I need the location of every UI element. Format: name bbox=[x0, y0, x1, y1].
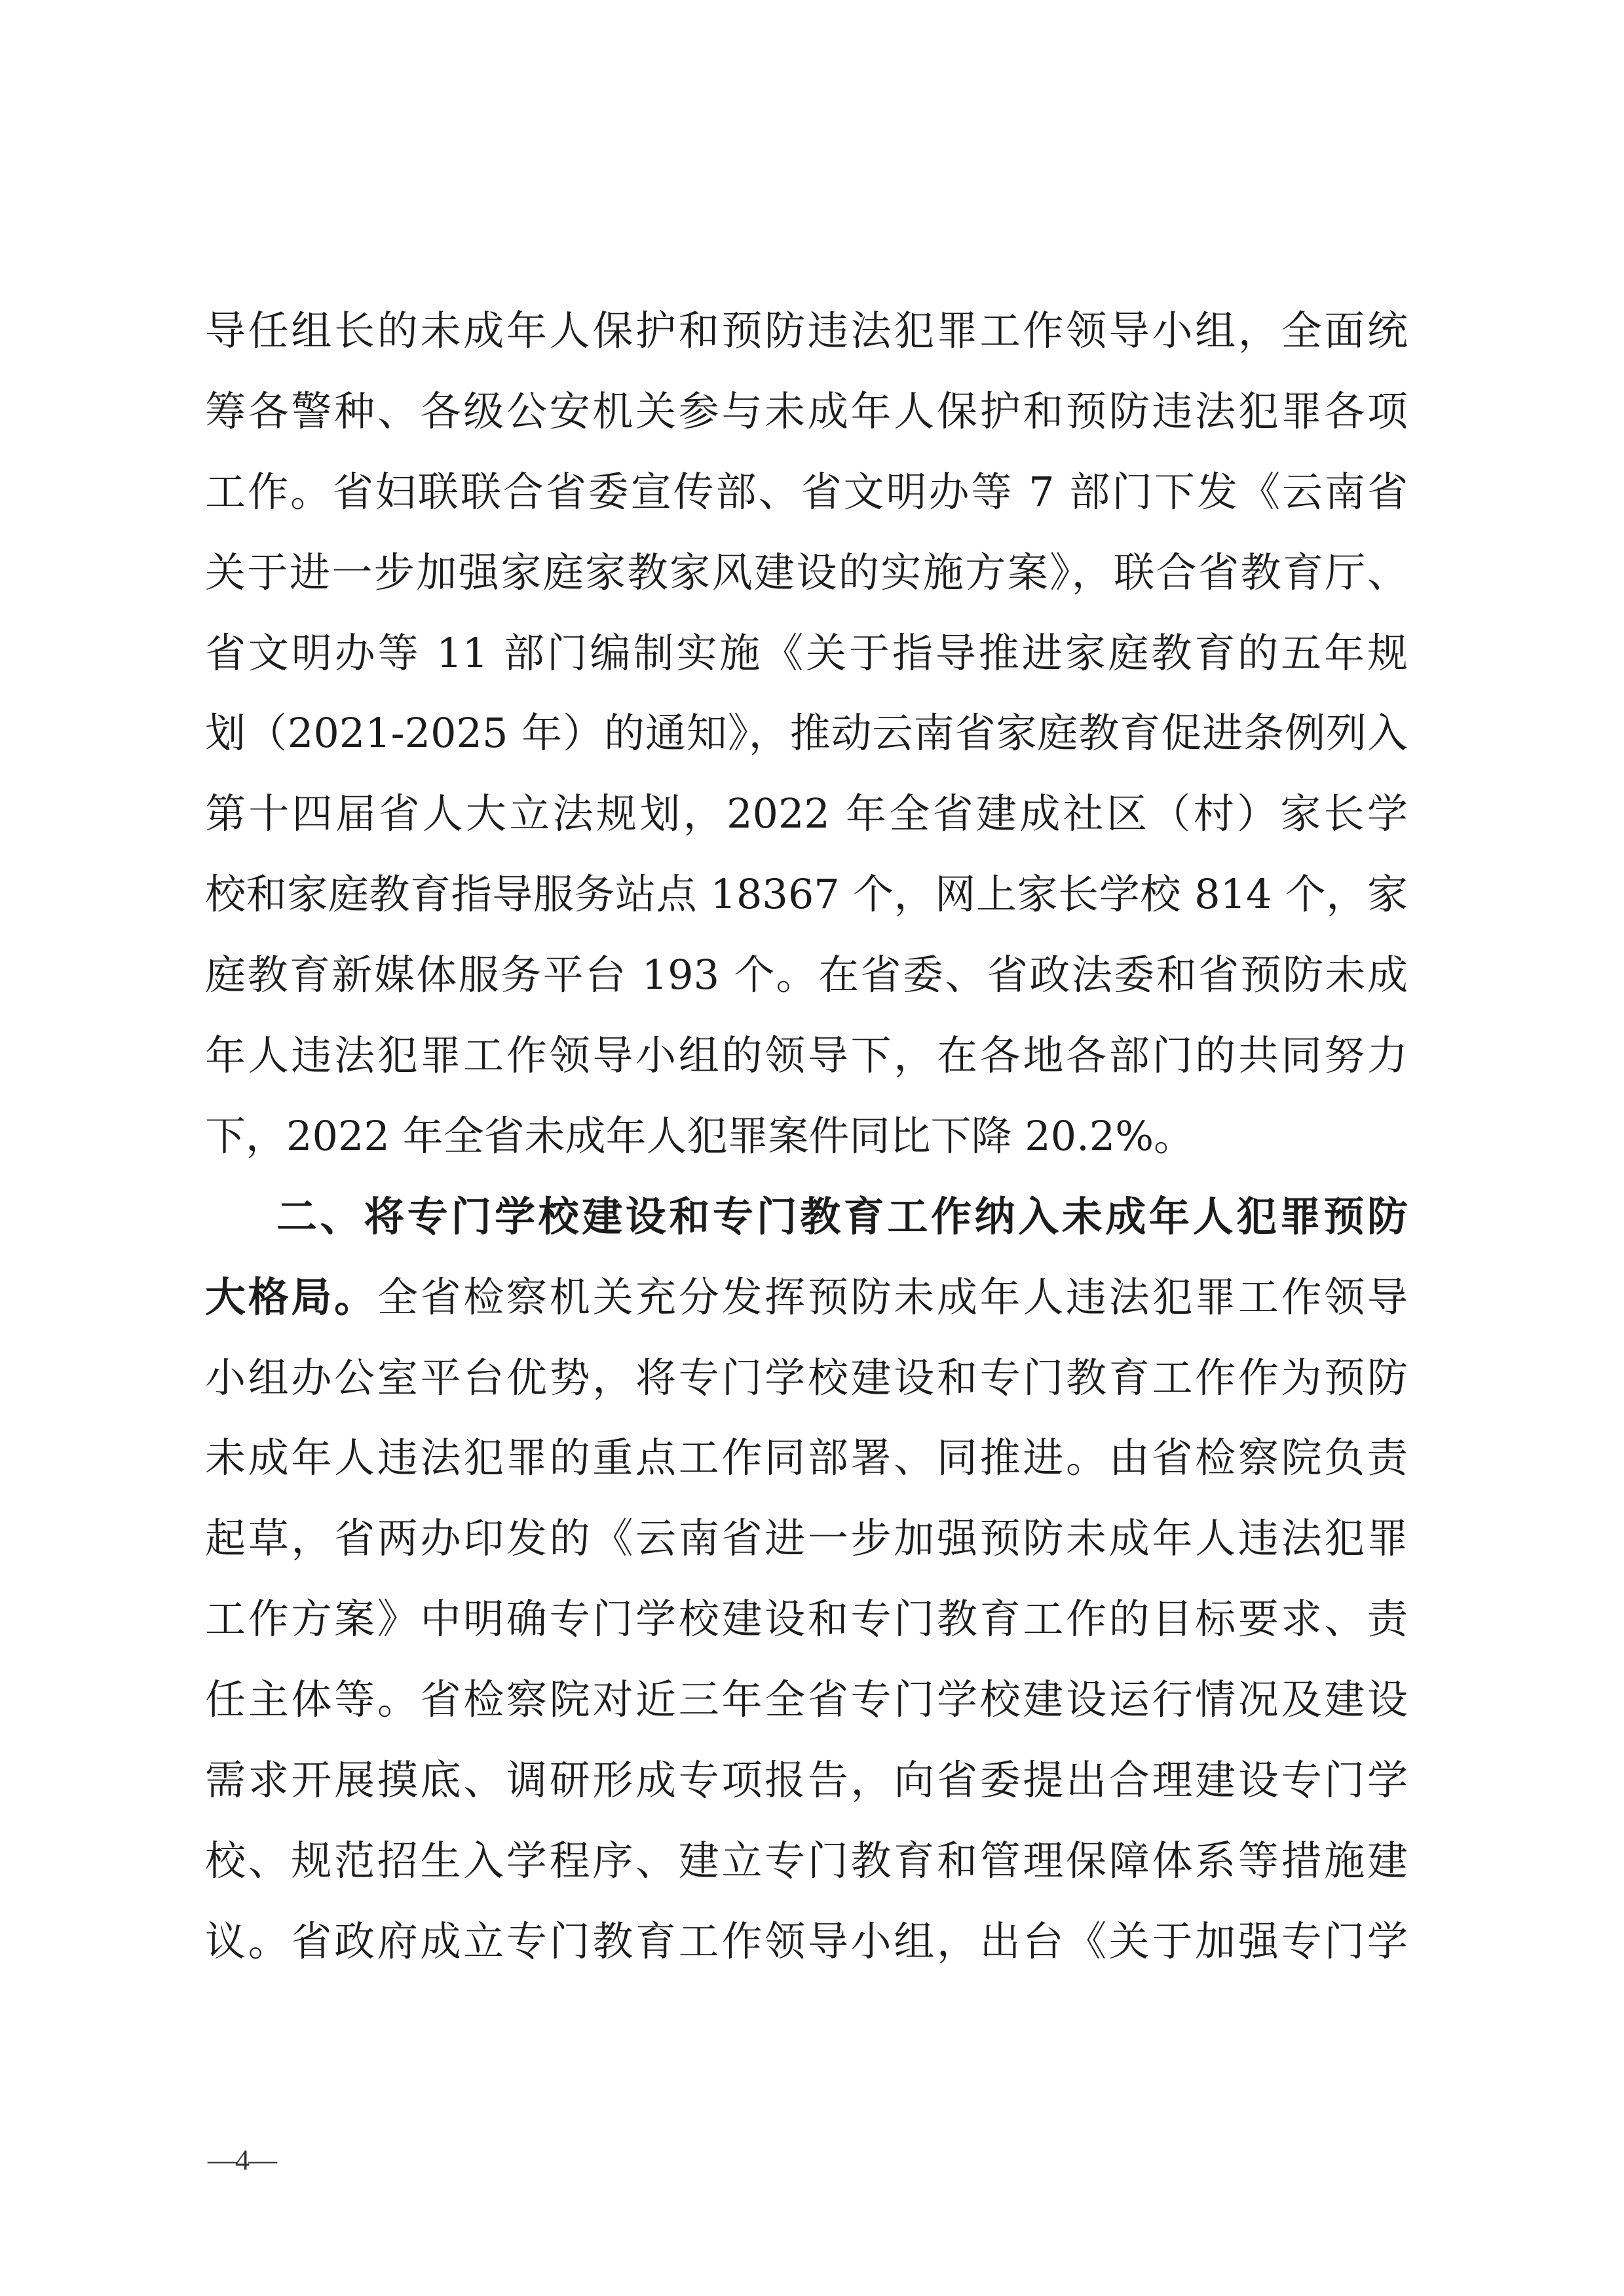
text-line: 议。省政府成立专门教育工作领导小组，出台《关于加强专门学 bbox=[205, 1902, 1408, 1982]
body-text: 导任组长的未成年人保护和预防违法犯罪工作领导小组，全面统 筹各警种、各级公安机关… bbox=[205, 291, 1408, 1982]
text-line: 年人违法犯罪工作领导小组的领导下，在各地各部门的共同努力 bbox=[205, 1016, 1408, 1096]
text-line: 校和家庭教育指导服务站点 18367 个，网上家长学校 814 个，家 bbox=[205, 854, 1408, 935]
text-line: 任主体等。省检察院对近三年全省专门学校建设运行情况及建设 bbox=[205, 1660, 1408, 1740]
text-line: 关于进一步加强家庭家教家风建设的实施方案》，联合省教育厅、 bbox=[205, 533, 1408, 613]
text-line: 需求开展摸底、调研形成专项报告，向省委提出合理建设专门学 bbox=[205, 1740, 1408, 1821]
text-line: 庭教育新媒体服务平台 193 个。在省委、省政法委和省预防未成 bbox=[205, 935, 1408, 1016]
text-line: 划（2021-2025 年）的通知》，推动云南省家庭教育促进条例列入 bbox=[205, 693, 1408, 774]
text-line-heading-continuation: 大格局。全省检察机关充分发挥预防未成年人违法犯罪工作领导 bbox=[205, 1257, 1408, 1338]
text-line: 小组办公室平台优势，将专门学校建设和专门教育工作作为预防 bbox=[205, 1338, 1408, 1419]
text-line: 省文明办等 11 部门编制实施《关于指导推进家庭教育的五年规 bbox=[205, 613, 1408, 694]
text-line: 导任组长的未成年人保护和预防违法犯罪工作领导小组，全面统 bbox=[205, 291, 1408, 372]
text-line: 起草，省两办印发的《云南省进一步加强预防未成年人违法犯罪 bbox=[205, 1499, 1408, 1579]
text-line: 筹各警种、各级公安机关参与未成年人保护和预防违法犯罪各项 bbox=[205, 372, 1408, 452]
text-line: 工作。省妇联联合省委宣传部、省文明办等 7 部门下发《云南省 bbox=[205, 452, 1408, 533]
section-body-start: 全省检察机关充分发挥预防未成年人违法犯罪工作领导 bbox=[377, 1273, 1408, 1321]
section-heading-tail: 大格局。 bbox=[205, 1273, 377, 1321]
page-number: —4— bbox=[208, 2144, 276, 2177]
text-line: 校、规范招生入学程序、建立专门教育和管理保障体系等措施建 bbox=[205, 1821, 1408, 1902]
document-page: 导任组长的未成年人保护和预防违法犯罪工作领导小组，全面统 筹各警种、各级公安机关… bbox=[0, 0, 1624, 2296]
paragraph-special-schools: 二、将专门学校建设和专门教育工作纳入未成年人犯罪预防 大格局。全省检察机关充分发… bbox=[205, 1177, 1408, 1982]
section-heading: 二、将专门学校建设和专门教育工作纳入未成年人犯罪预防 bbox=[205, 1177, 1408, 1257]
text-line-paragraph-end: 下，2022 年全省未成年人犯罪案件同比下降 20.2%。 bbox=[205, 1096, 1408, 1177]
text-line: 第十四届省人大立法规划，2022 年全省建成社区（村）家长学 bbox=[205, 774, 1408, 854]
paragraph-family-education: 导任组长的未成年人保护和预防违法犯罪工作领导小组，全面统 筹各警种、各级公安机关… bbox=[205, 291, 1408, 1177]
text-line: 工作方案》中明确专门学校建设和专门教育工作的目标要求、责 bbox=[205, 1579, 1408, 1660]
text-line: 未成年人违法犯罪的重点工作同部署、同推进。由省检察院负责 bbox=[205, 1418, 1408, 1499]
